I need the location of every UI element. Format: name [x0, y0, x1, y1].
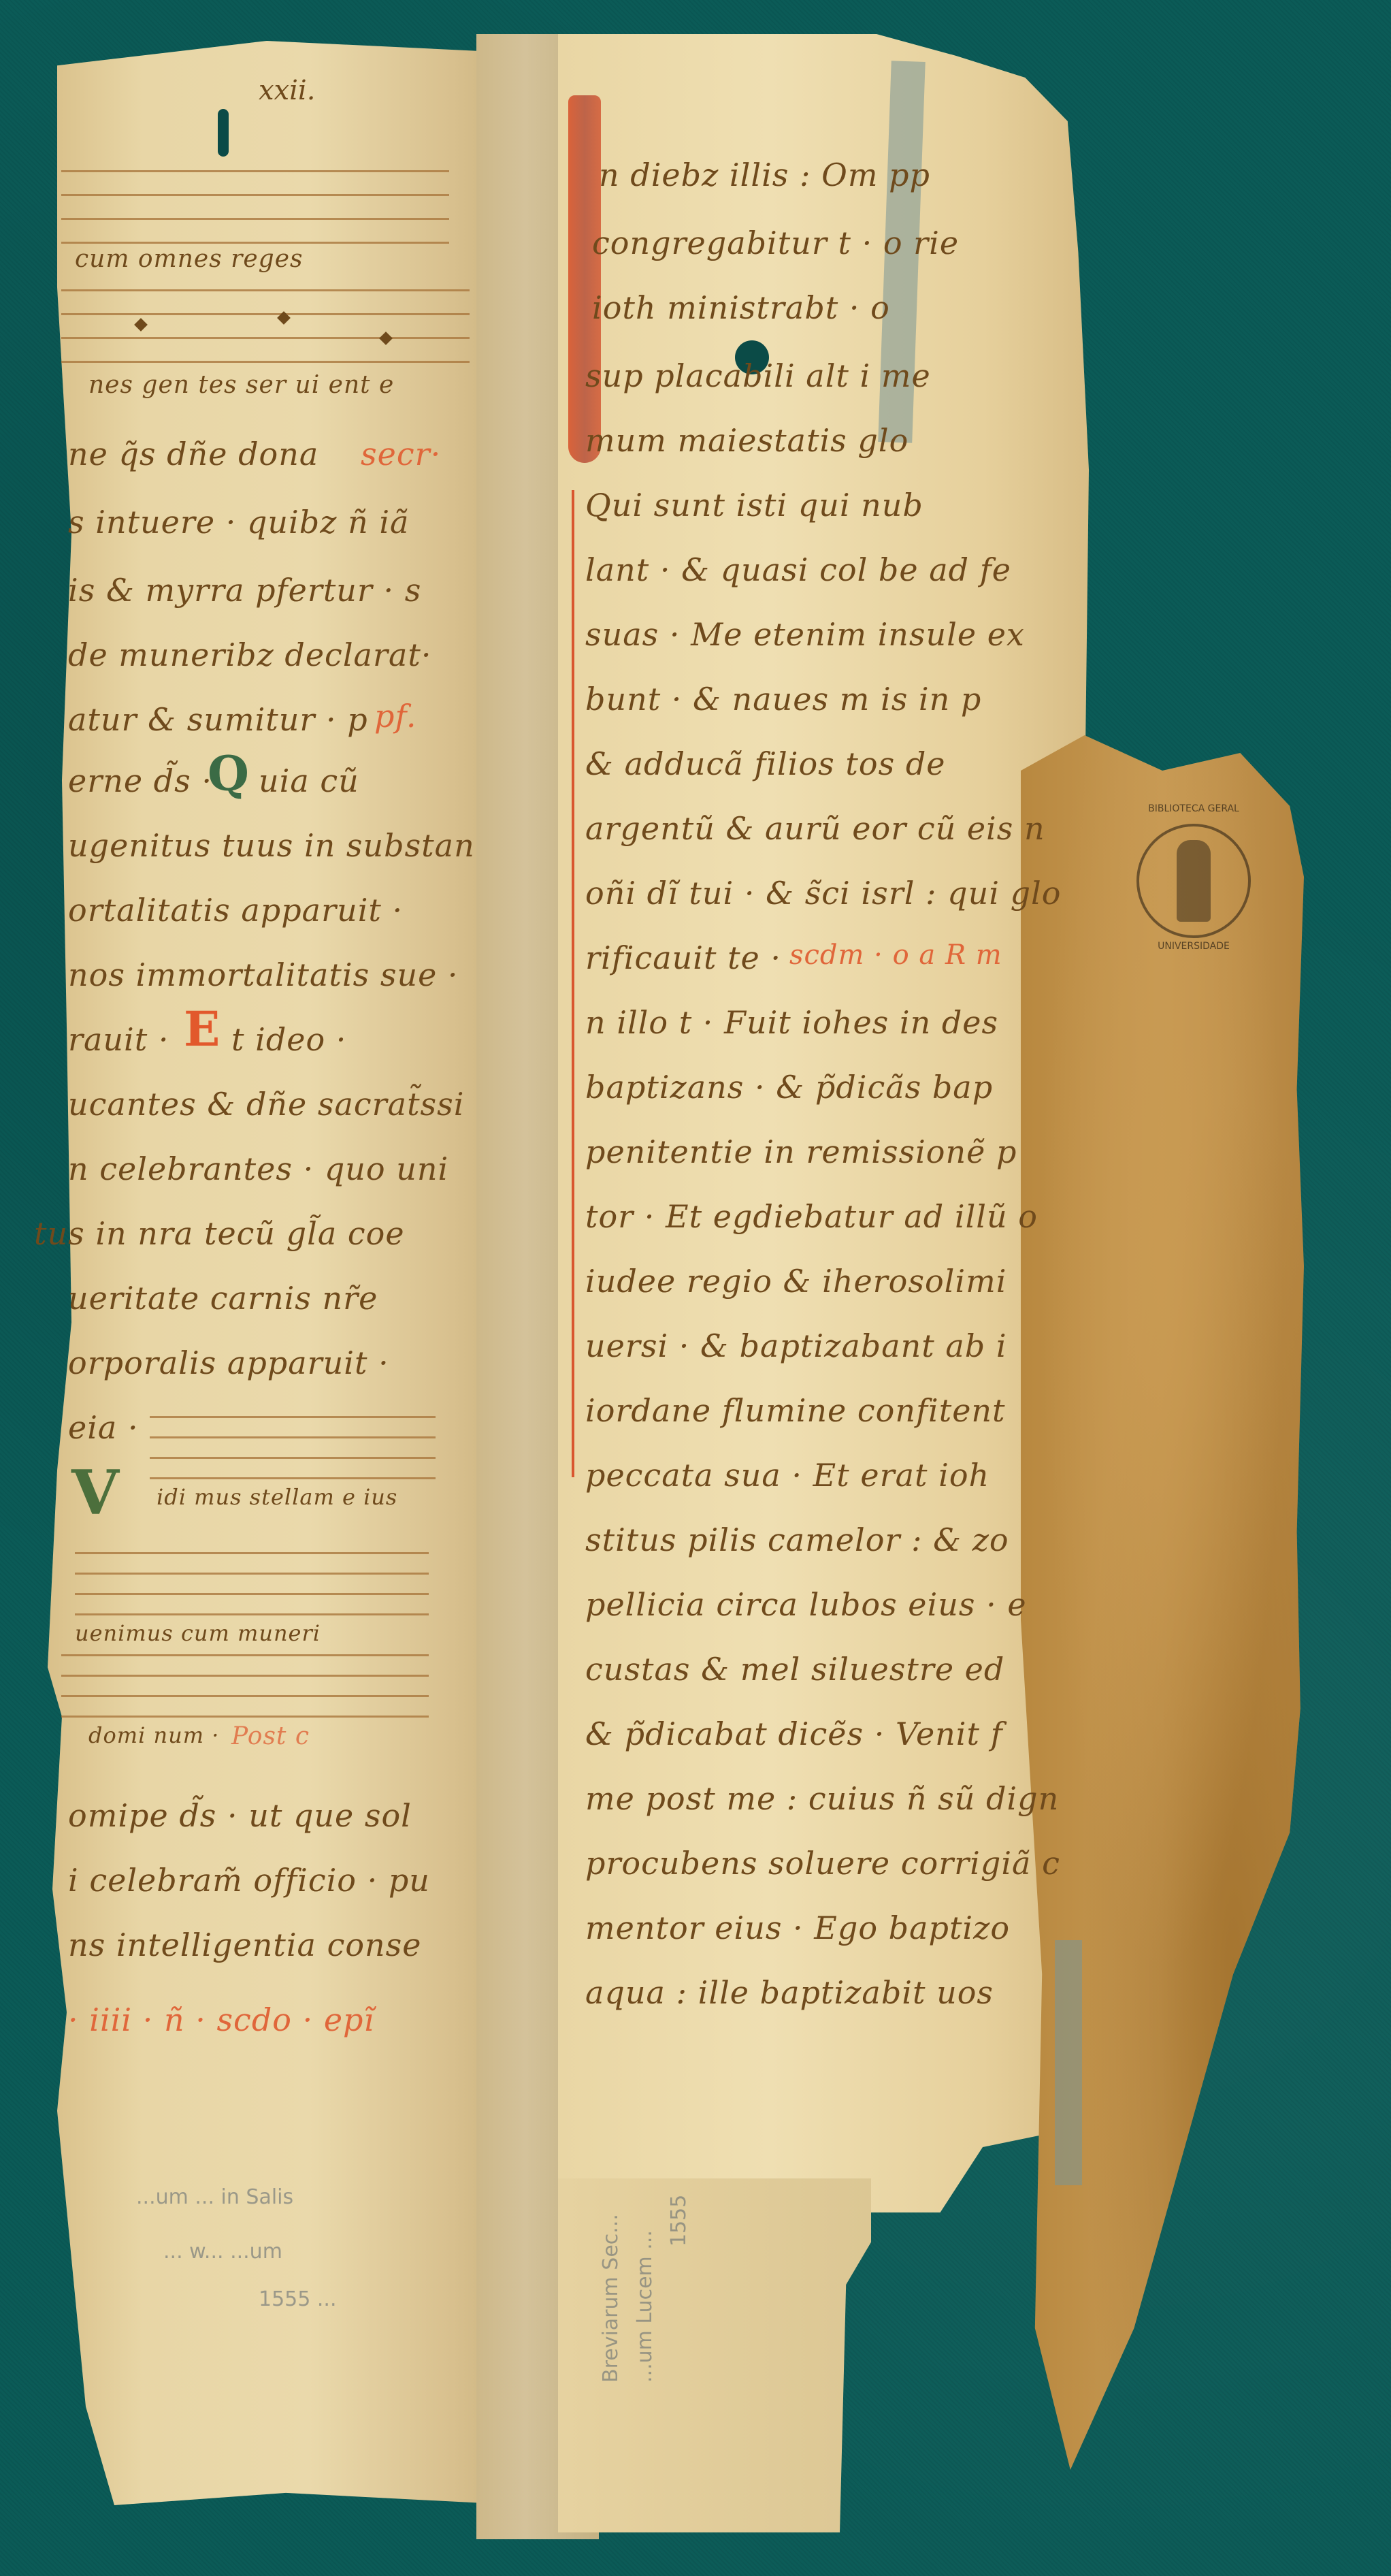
text-line: ucantes & dñe sacrat̃ssi: [68, 1086, 464, 1123]
music-staff-line: [61, 1695, 429, 1697]
green-initial-q: Q: [208, 745, 249, 802]
music-staff-line: [61, 289, 470, 291]
chant-text-line: idi mus stellam e ius: [157, 1484, 397, 1510]
text-line: s intuere · quibz ñ iã: [68, 504, 409, 541]
text-line: oñi dĩ tui · & s̃ci isrl : qui glo: [585, 875, 1061, 912]
chant-text-line: domi num ·: [88, 1722, 219, 1748]
stained-parchment-flap: [1021, 735, 1375, 2505]
chant-text-line: cum omnes reges: [75, 245, 303, 273]
text-line: uersi · & baptizabant ab i: [585, 1327, 1007, 1364]
red-initial-flourish: [572, 490, 574, 1477]
rubric-preface: pf.: [374, 698, 416, 735]
music-staff-line: [61, 218, 449, 220]
music-staff-line: [150, 1477, 436, 1479]
folio-number: xxii.: [259, 75, 315, 106]
green-initial-v: V: [71, 1457, 119, 1529]
text-line: Qui sunt isti qui nub: [585, 487, 923, 524]
text-line: t ideo ·: [231, 1021, 346, 1058]
music-staff-line: [75, 1613, 429, 1615]
text-line: congregabitur t · o rie: [592, 225, 959, 261]
text-line: peccata sua · Et erat ioh: [585, 1457, 989, 1494]
red-initial-i: [568, 95, 601, 463]
stamp-text-bottom: UNIVERSIDADE: [1139, 941, 1248, 952]
chant-text-line: nes gen tes ser ui ent e: [88, 371, 394, 399]
repair-tape-strip-lower: [1055, 1940, 1082, 2185]
music-staff-line: [75, 1573, 429, 1575]
text-line: is & myrra pfertur · s: [68, 572, 421, 609]
pencil-note-vertical: Breviarum Sec...: [599, 2214, 623, 2383]
text-line: atur & sumitur · p: [68, 701, 368, 738]
text-line: rauit ·: [68, 1021, 169, 1058]
text-line: ioth ministrabt · o: [592, 289, 890, 326]
music-staff-line: [61, 1716, 429, 1718]
stamp-text-top: BIBLIOTECA GERAL: [1139, 803, 1248, 814]
text-line: baptizans · & p̃dicãs bap: [585, 1069, 993, 1106]
text-line: & adducã filios tos de: [585, 745, 945, 782]
parchment-fragment-left: [48, 41, 524, 2505]
text-line: erne d̃s ·: [68, 762, 212, 799]
text-line: eia ·: [68, 1409, 139, 1446]
text-line: iudee regio & iherosolimi: [585, 1263, 1007, 1300]
library-stamp: BIBLIOTECA GERAL UNIVERSIDADE: [1136, 824, 1251, 938]
text-line: omipe d̃s · ut que sol: [68, 1797, 412, 1834]
text-line: custas & mel siluestre ed: [585, 1651, 1004, 1688]
text-line: de muneribz declarat·: [68, 637, 431, 673]
text-line: ugenitus tuus in substan: [68, 827, 475, 864]
text-line: n illo t · Fuit iohes in des: [585, 1004, 998, 1041]
pencil-note: ... w... ...um: [163, 2240, 282, 2264]
music-staff-line: [61, 170, 449, 172]
rubric-postcommunio: Post c: [231, 1722, 310, 1750]
text-line: lant · & quasi col be ad fe: [585, 551, 1011, 588]
text-line: aqua : ille baptizabit uos: [585, 1974, 994, 2011]
text-line: pellicia circa lubos eius · e: [585, 1586, 1027, 1623]
music-staff-line: [61, 313, 470, 315]
pencil-note: 1555 ...: [259, 2287, 337, 2311]
text-line: ne q̃s dñe dona: [68, 436, 318, 472]
text-line: mum maiestatis glo: [585, 422, 909, 459]
text-line: tor · Et egdiebatur ad illũ o: [585, 1198, 1038, 1235]
text-line: me post me : cuius ñ sũ dign: [585, 1780, 1059, 1817]
text-line: ueritate carnis nr̃e: [68, 1280, 378, 1317]
fold-hole: [218, 109, 229, 157]
music-staff-line: [150, 1457, 436, 1459]
music-staff-line: [61, 337, 470, 339]
text-line: nos immortalitatis sue ·: [68, 956, 459, 993]
text-line: i celebram̃ officio · pu: [68, 1862, 430, 1899]
pencil-note: ...um ... in Salis: [136, 2185, 293, 2209]
stamp-figure-icon: [1177, 840, 1211, 922]
rubric-secundum: scdm · o a R m: [789, 939, 1002, 971]
music-staff-line: [75, 1593, 429, 1595]
music-staff-line: [150, 1416, 436, 1418]
text-line: stitus pilis camelor : & zo: [585, 1522, 1009, 1558]
pencil-note-vertical: 1555: [667, 2195, 691, 2247]
text-line: rificauit te ·: [585, 939, 781, 976]
text-line: iordane flumine confitent: [585, 1392, 1006, 1429]
music-staff-line: [61, 1675, 429, 1677]
music-staff-line: [61, 361, 470, 363]
text-line: uia cũ: [259, 762, 359, 799]
text-line: penitentie in remissionẽ p: [585, 1133, 1017, 1170]
text-line: sup placabili alt i me: [585, 357, 931, 394]
text-line: orporalis apparuit ·: [68, 1345, 389, 1381]
text-line: n diebz illis : Om pp: [599, 157, 930, 193]
red-initial-e: E: [184, 1001, 220, 1057]
text-line: procubens soluere corrigiã c: [585, 1845, 1060, 1882]
rubric-secreta: secr·: [361, 436, 441, 472]
text-line: mentor eius · Ego baptizo: [585, 1910, 1010, 1946]
music-staff-line: [61, 194, 449, 196]
chant-text-line: uenimus cum muneri: [75, 1620, 321, 1646]
pencil-note-vertical: ...um Lucem ...: [633, 2230, 657, 2383]
text-line: ortalitatis apparuit ·: [68, 892, 403, 929]
rubric-dominica: · iiii · ñ · scdo · epĩ: [68, 2001, 374, 2038]
music-staff-line: [150, 1436, 436, 1438]
music-staff-line: [75, 1552, 429, 1554]
music-staff-line: [61, 1654, 429, 1656]
text-line: n celebrantes · quo uni: [68, 1150, 448, 1187]
text-line: bunt · & naues m is in p: [585, 681, 981, 718]
text-line: suas · Me etenim insule ex: [585, 616, 1025, 653]
text-line: tus in nra tecũ gl̃a coe: [34, 1215, 405, 1252]
music-staff-line: [61, 242, 449, 244]
text-line: ns intelligentia conse: [68, 1927, 422, 1963]
text-line: argentũ & aurũ eor cũ eis n: [585, 810, 1045, 847]
text-line: & p̃dicabat dicẽs · Venit f: [585, 1716, 1003, 1752]
